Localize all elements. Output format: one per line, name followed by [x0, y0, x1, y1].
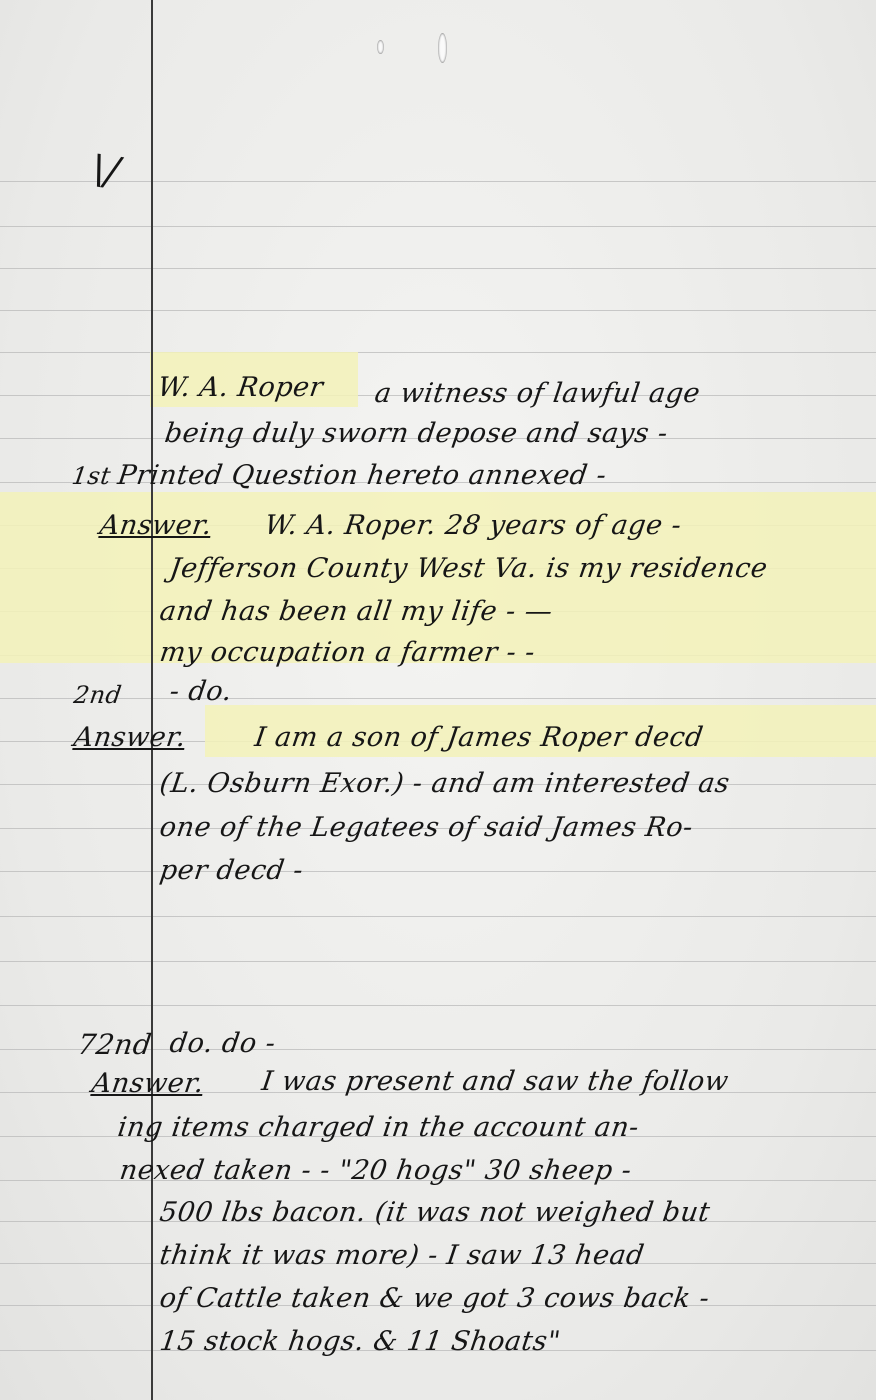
question-72-text: do. do -: [168, 1028, 278, 1059]
ruled-line: [0, 226, 876, 227]
answer-2-label: Answer.: [72, 722, 188, 753]
ruled-line: [0, 181, 876, 182]
answer-72-line: think it was more) - I saw 13 head: [158, 1240, 646, 1271]
answer-1-line: Jefferson County West Va. is my residenc…: [168, 553, 770, 584]
answer-2-line: (L. Osburn Exor.) - and am interested as: [158, 768, 732, 799]
answer-72-line: I was present and saw the follow: [260, 1066, 731, 1097]
witness-name: W. A. Roper: [156, 372, 325, 403]
witness-intro-line-2: being duly sworn depose and says -: [163, 418, 670, 449]
answer-2-line: per decd -: [158, 855, 305, 886]
ruled-line: [0, 916, 876, 917]
ruled-line: [0, 698, 876, 699]
margin-line: [151, 0, 153, 1400]
ruled-line: [0, 961, 876, 962]
answer-72-line: 500 lbs bacon. (it was not weighed but: [158, 1197, 712, 1228]
answer-2-line: I am a son of James Roper decd: [253, 722, 705, 753]
punch-hole: [438, 33, 447, 63]
ruled-line: [0, 1005, 876, 1006]
answer-72-line: nexed taken - - "20 hogs" 30 sheep -: [118, 1155, 634, 1186]
answer-1-line: W. A. Roper. 28 years of age -: [263, 510, 684, 541]
answer-1-line: and has been all my life - —: [158, 596, 555, 627]
answer-72-line: ing items charged in the account an-: [116, 1112, 641, 1143]
answer-2-line: one of the Legatees of said James Ro-: [158, 812, 695, 843]
punch-hole: [377, 40, 384, 54]
answer-72-line: 15 stock hogs. & 11 Shoats": [158, 1326, 563, 1357]
ruled-line: [0, 310, 876, 311]
witness-intro-line-1: a witness of lawful age: [373, 378, 702, 409]
answer-1-label: Answer.: [98, 510, 214, 541]
question-1-label: 1st: [70, 462, 113, 490]
ruled-line: [0, 871, 876, 872]
question-2-text: - do.: [168, 676, 234, 707]
answer-1-line: my occupation a farmer - -: [158, 637, 537, 668]
scanned-page: \/ W. A. Roper a witness of lawful age b…: [0, 0, 876, 1400]
question-1-text: Printed Question hereto annexed -: [116, 460, 609, 491]
answer-72-line: of Cattle taken & we got 3 cows back -: [158, 1283, 712, 1314]
ruled-line: [0, 352, 876, 353]
question-2-label: 2nd: [72, 681, 124, 709]
answer-72-label: Answer.: [90, 1068, 206, 1099]
question-72-label: 72nd: [76, 1028, 154, 1061]
page-check-mark: \/: [89, 146, 122, 195]
ruled-line: [0, 268, 876, 269]
